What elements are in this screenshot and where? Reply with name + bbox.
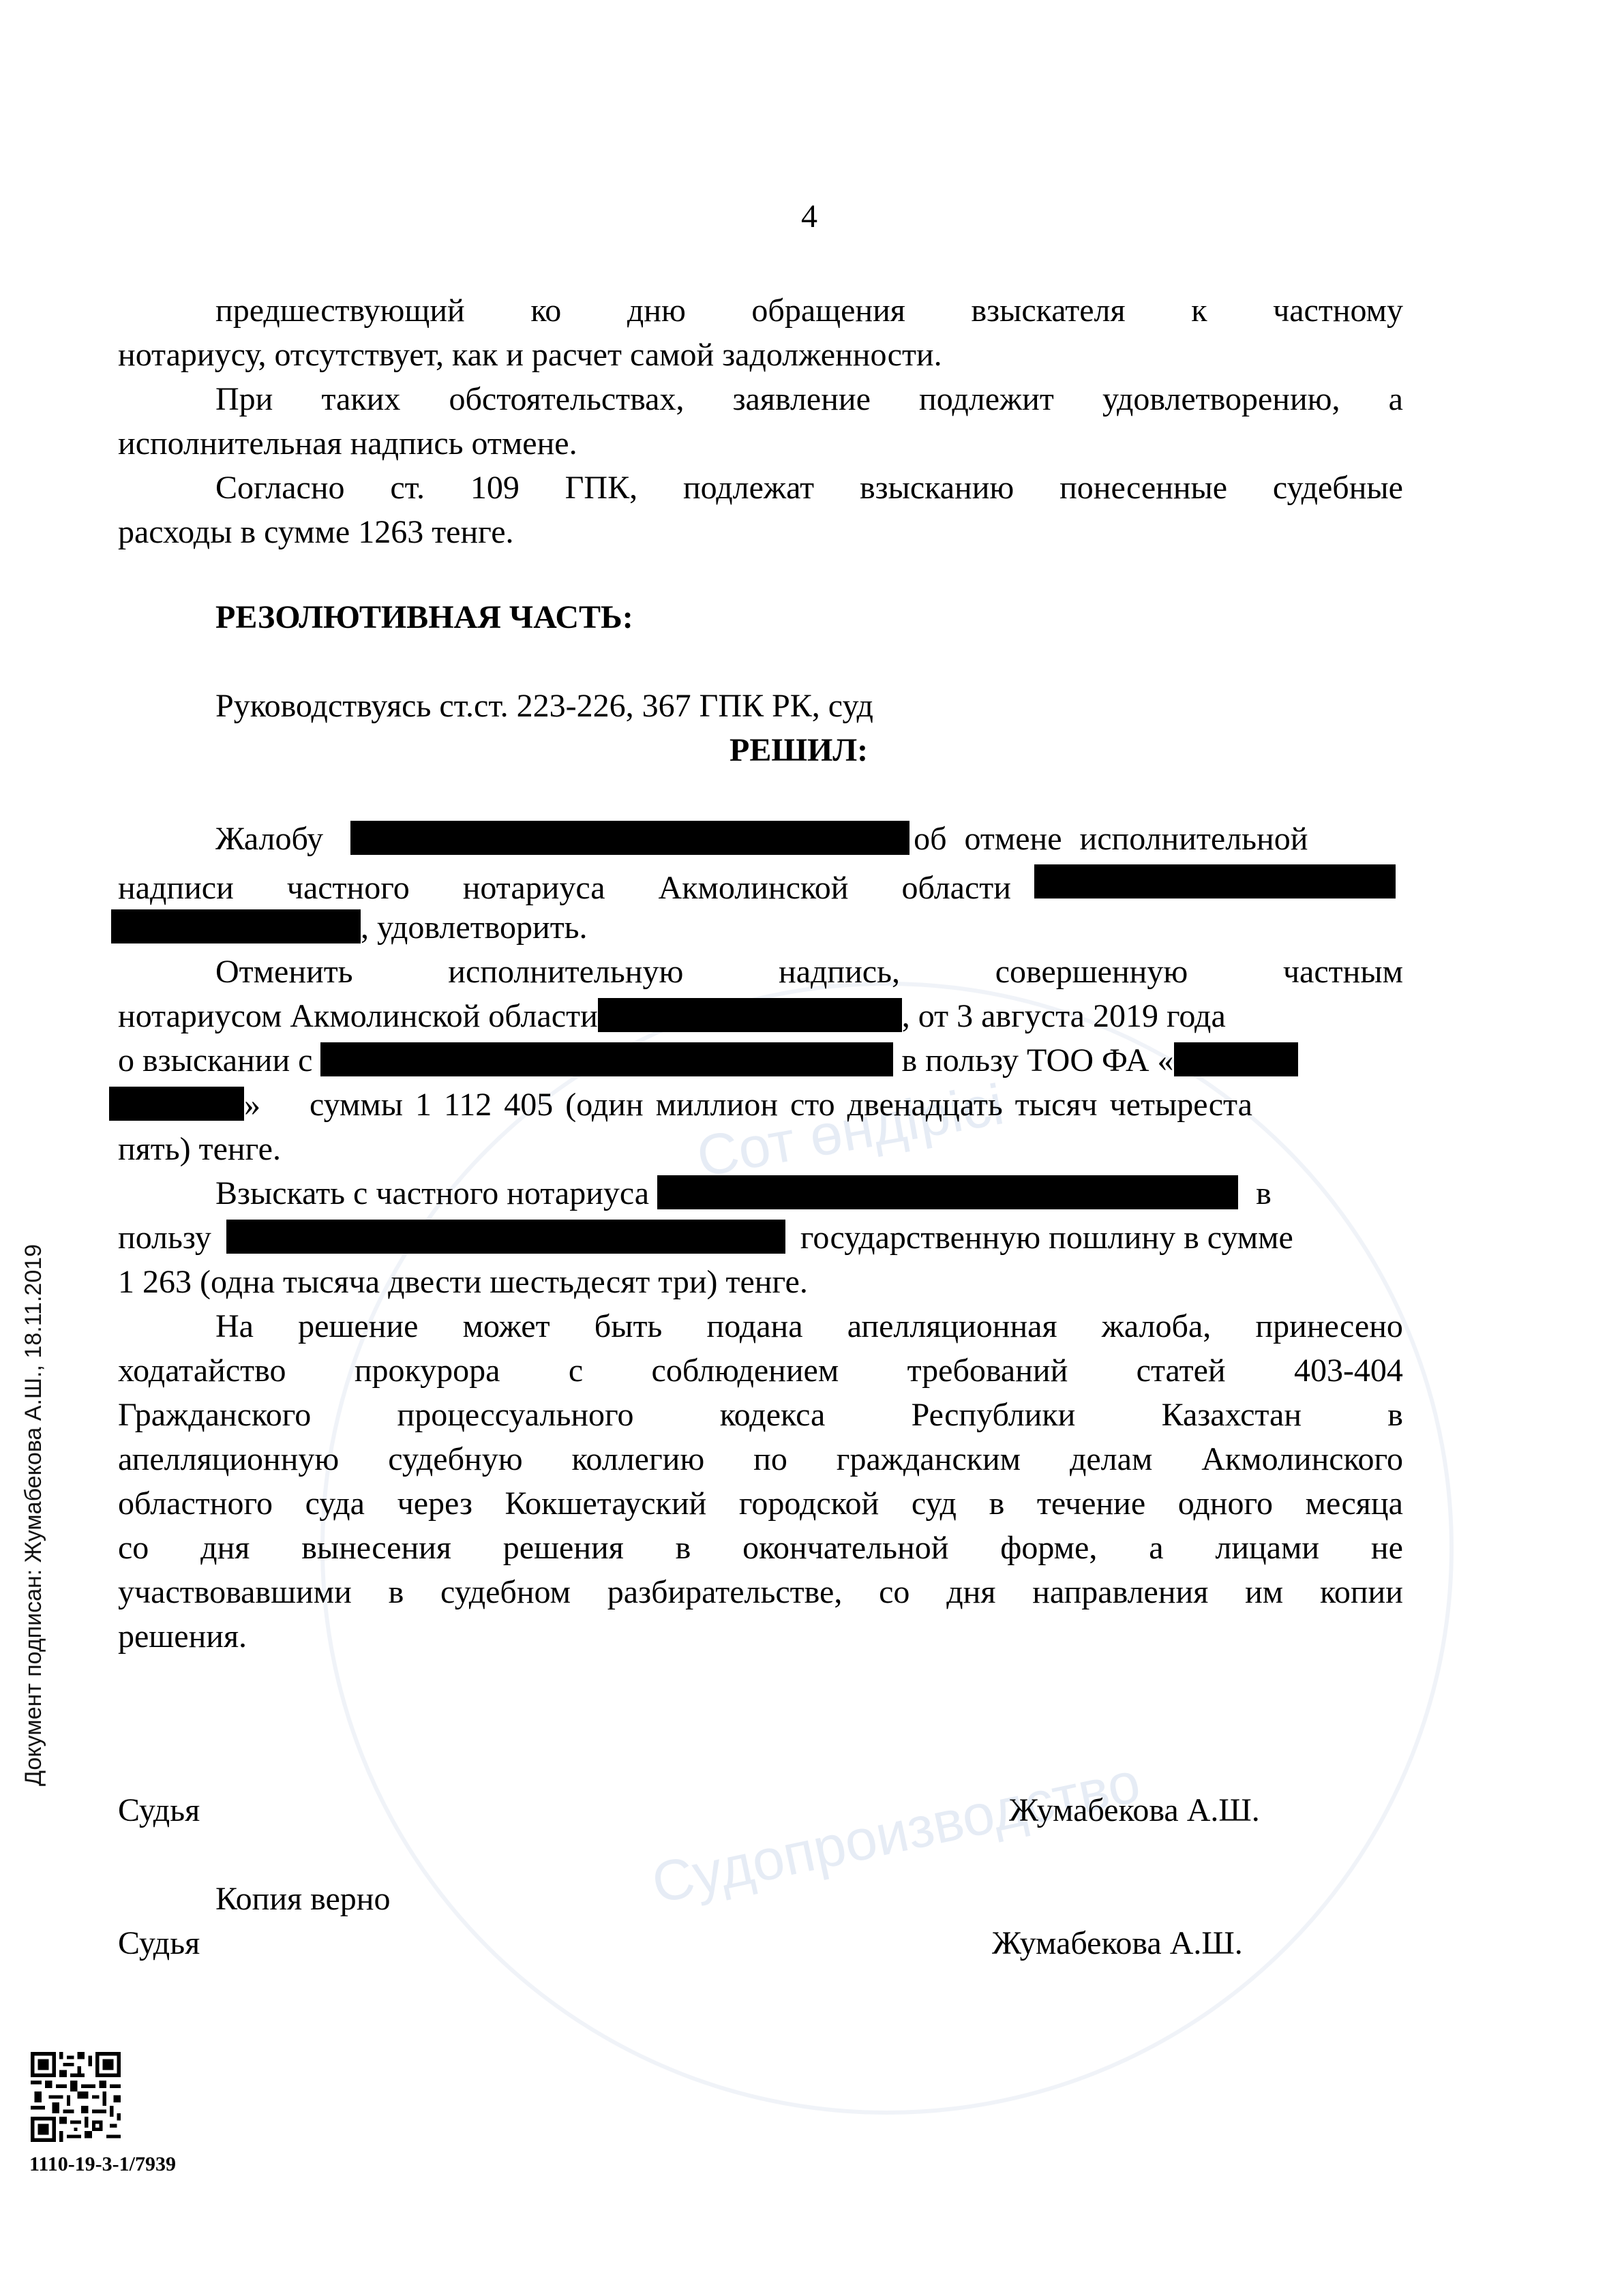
word: Казахстан: [1162, 1396, 1302, 1434]
decision-text: о взыскании с: [118, 1042, 312, 1078]
word: заявление: [733, 380, 871, 419]
word: надпись,: [779, 953, 900, 991]
redacted-block: [320, 1042, 893, 1076]
decision-line: , удовлетворить.: [111, 909, 588, 947]
word: судебную: [388, 1440, 522, 1479]
word: исполнительную: [448, 953, 683, 991]
redacted-block: [226, 1220, 785, 1254]
word: таких: [321, 380, 400, 419]
word: кодекса: [720, 1396, 826, 1434]
appeal-line: соднявынесениярешениявокончательнойформе…: [118, 1529, 1403, 1567]
word: разбирательстве,: [607, 1573, 843, 1612]
judge-label: Судья: [118, 1792, 200, 1830]
decision-text: Жалобу: [215, 821, 323, 857]
appeal-line: решения.: [118, 1618, 247, 1656]
word: областного: [118, 1485, 273, 1523]
word: предшествующий: [215, 292, 465, 330]
decision-text: Взыскать с частного нотариуса: [215, 1175, 649, 1211]
word: окончательной: [742, 1529, 948, 1567]
word: Согласно: [215, 469, 345, 507]
word: На: [215, 1308, 254, 1346]
word: направления: [1032, 1573, 1208, 1612]
appeal-line: ГражданскогопроцессуальногокодексаРеспуб…: [118, 1396, 1403, 1434]
word: по: [753, 1440, 787, 1479]
word: лицами: [1215, 1529, 1319, 1567]
word: а: [1149, 1529, 1163, 1567]
decision-text: государственную пошлину в сумме: [800, 1220, 1293, 1256]
word: вынесения: [301, 1529, 451, 1567]
word: дня: [200, 1529, 250, 1567]
decision-line: Жалобу об отмене исполнительной: [215, 820, 1308, 858]
word: понесенные: [1059, 469, 1227, 507]
word: обстоятельствах,: [449, 380, 684, 419]
decision-text: в пользу ТОО ФА «: [901, 1042, 1173, 1078]
appeal-line: апелляционнуюсудебнуюколлегиюпогражданск…: [118, 1440, 1403, 1479]
word: Акмолинской: [659, 869, 849, 907]
decision-line: 1 263 (одна тысяча двести шестьдесят три…: [118, 1263, 808, 1301]
redacted-block: [111, 909, 361, 943]
paragraph-line: Притакихобстоятельствах,заявлениеподлежи…: [215, 380, 1403, 419]
redacted-block: [1174, 1042, 1298, 1076]
decision-text: »: [244, 1087, 260, 1123]
word: частному: [1273, 292, 1403, 330]
word: а: [1389, 380, 1403, 419]
word: нотариуса: [463, 869, 605, 907]
decision-text: в: [1256, 1175, 1272, 1211]
word: подлежит: [919, 380, 1054, 419]
word: одного: [1178, 1485, 1273, 1523]
signature-stamp-vertical: Документ подписан: Жумабекова А.Ш., 18.1…: [20, 1244, 47, 1786]
decision-text: суммы 1 112 405 (один миллион сто двенад…: [310, 1087, 1252, 1123]
appeal-line: областногосудачерезКокшетаускийгородской…: [118, 1485, 1403, 1523]
word: в: [1387, 1396, 1403, 1434]
decision-text: надписичастногонотариусаАкмолинскойоблас…: [118, 869, 1011, 907]
word: не: [1371, 1529, 1403, 1567]
word: подлежат: [683, 469, 814, 507]
word: в: [676, 1529, 691, 1567]
word: форме,: [1000, 1529, 1097, 1567]
word: взысканию: [860, 469, 1014, 507]
word: Гражданского: [118, 1396, 311, 1434]
appeal-line: ходатайствопрокурорассоблюдениемтребован…: [118, 1352, 1403, 1390]
word: ГПК,: [565, 469, 637, 507]
word: Кокшетауский: [505, 1485, 707, 1523]
word: апелляционную: [118, 1440, 339, 1479]
decision-text: нотариусом Акмолинской области: [118, 998, 598, 1034]
word: может: [463, 1308, 550, 1346]
word: коллегию: [571, 1440, 704, 1479]
word: ходатайство: [118, 1352, 286, 1390]
word: им: [1245, 1573, 1283, 1612]
redacted-block: [657, 1175, 1238, 1209]
word: в: [389, 1573, 404, 1612]
decision-line: нотариусом Акмолинской области, от 3 авг…: [118, 997, 1226, 1036]
decided-heading: РЕШИЛ:: [730, 731, 868, 770]
judge-name: Жумабекова А.Ш.: [1009, 1792, 1260, 1830]
word: совершенную: [995, 953, 1188, 991]
redacted-block: [598, 998, 902, 1032]
paragraph-line: расходы в сумме 1263 тенге.: [118, 513, 514, 552]
page-number: 4: [801, 198, 817, 235]
word: апелляционная: [847, 1308, 1057, 1346]
document-page: Сот өндірісі Судопроизводство 4 предшест…: [0, 0, 1624, 2296]
judge-name-2: Жумабекова А.Ш.: [992, 1924, 1243, 1963]
word: решения: [503, 1529, 624, 1567]
copy-certified-label: Копия верно: [215, 1880, 390, 1918]
decision-text: пользу: [118, 1220, 211, 1256]
appeal-line: участвовавшимивсудебномразбирательстве,с…: [118, 1573, 1403, 1612]
word: быть: [595, 1308, 663, 1346]
word: со: [879, 1573, 909, 1612]
paragraph-line: предшествующийкоднюобращениявзыскателякч…: [215, 292, 1403, 330]
word: через: [397, 1485, 472, 1523]
redacted-block: [350, 821, 909, 855]
word: городской: [739, 1485, 879, 1523]
decision-text: , удовлетворить.: [361, 909, 588, 946]
word: судебном: [440, 1573, 571, 1612]
word: течение: [1037, 1485, 1145, 1523]
word: дня: [946, 1573, 995, 1612]
word: ст.: [390, 469, 425, 507]
word: обращения: [751, 292, 905, 330]
redacted-block: [1034, 864, 1396, 898]
qr-code[interactable]: [31, 2052, 121, 2142]
word: со: [118, 1529, 149, 1567]
word: копии: [1320, 1573, 1403, 1612]
word: участвовавшими: [118, 1573, 352, 1612]
word: судебные: [1273, 469, 1403, 507]
word: в: [989, 1485, 1005, 1523]
word: суда: [305, 1485, 365, 1523]
word: ко: [530, 292, 561, 330]
paragraph-line: исполнительная надпись отмене.: [118, 425, 577, 463]
decision-line: Взыскать с частного нотариуса в: [215, 1175, 1272, 1213]
word: месяца: [1306, 1485, 1403, 1523]
paragraph-line: нотариусу, отсутствует, как и расчет сам…: [118, 336, 942, 374]
word: делам: [1070, 1440, 1152, 1479]
word: частного: [287, 869, 410, 907]
section-heading: РЕЗОЛЮТИВНАЯ ЧАСТЬ:: [215, 599, 633, 637]
redacted-block: [109, 1087, 244, 1121]
word: статей: [1137, 1352, 1226, 1390]
appeal-line: Нарешениеможетбытьподанаапелляционнаяжал…: [215, 1308, 1403, 1346]
word: с: [569, 1352, 583, 1390]
word: Акмолинского: [1201, 1440, 1403, 1479]
word: требований: [907, 1352, 1068, 1390]
decision-text: , от 3 августа 2019 года: [902, 998, 1226, 1034]
decision-line: » суммы 1 112 405 (один миллион сто двен…: [109, 1086, 1252, 1124]
case-number: 1110-19-3-1/7939: [29, 2153, 176, 2176]
decision-line: Отменитьисполнительнуюнадпись,совершенну…: [215, 953, 1403, 991]
word: гражданским: [837, 1440, 1021, 1479]
word: Отменить: [215, 953, 353, 991]
word: решение: [298, 1308, 418, 1346]
word: прокурора: [355, 1352, 500, 1390]
word: удовлетворению,: [1102, 380, 1340, 419]
judge-label-2: Судья: [118, 1924, 200, 1963]
word: надписи: [118, 869, 234, 907]
watermark-bottom-text: Судопроизводство: [646, 1749, 1146, 1916]
word: 403-404: [1294, 1352, 1403, 1390]
word: к: [1191, 292, 1207, 330]
word: 109: [470, 469, 520, 507]
word: При: [215, 380, 273, 419]
decision-line: пользу государственную пошлину в сумме: [118, 1219, 1293, 1257]
word: Республики: [912, 1396, 1076, 1434]
word: соблюдением: [652, 1352, 839, 1390]
word: частным: [1283, 953, 1403, 991]
word: жалоба,: [1102, 1308, 1212, 1346]
decision-line: надписичастногонотариусаАкмолинскойоблас…: [118, 864, 1403, 907]
word: взыскателя: [971, 292, 1125, 330]
word: процессуального: [397, 1396, 634, 1434]
word: принесено: [1255, 1308, 1402, 1346]
paragraph-line: Согласност.109ГПК,подлежатвзысканиюпонес…: [215, 469, 1403, 507]
word: суд: [912, 1485, 957, 1523]
word: области: [902, 869, 1011, 907]
decision-line: о взыскании с в пользу ТОО ФА «: [118, 1042, 1298, 1080]
word: дню: [627, 292, 686, 330]
guided-by-line: Руководствуясь ст.ст. 223-226, 367 ГПК Р…: [215, 687, 873, 725]
decision-text: об отмене исполнительной: [914, 821, 1308, 857]
word: подана: [707, 1308, 803, 1346]
decision-line: пять) тенге.: [118, 1130, 281, 1168]
